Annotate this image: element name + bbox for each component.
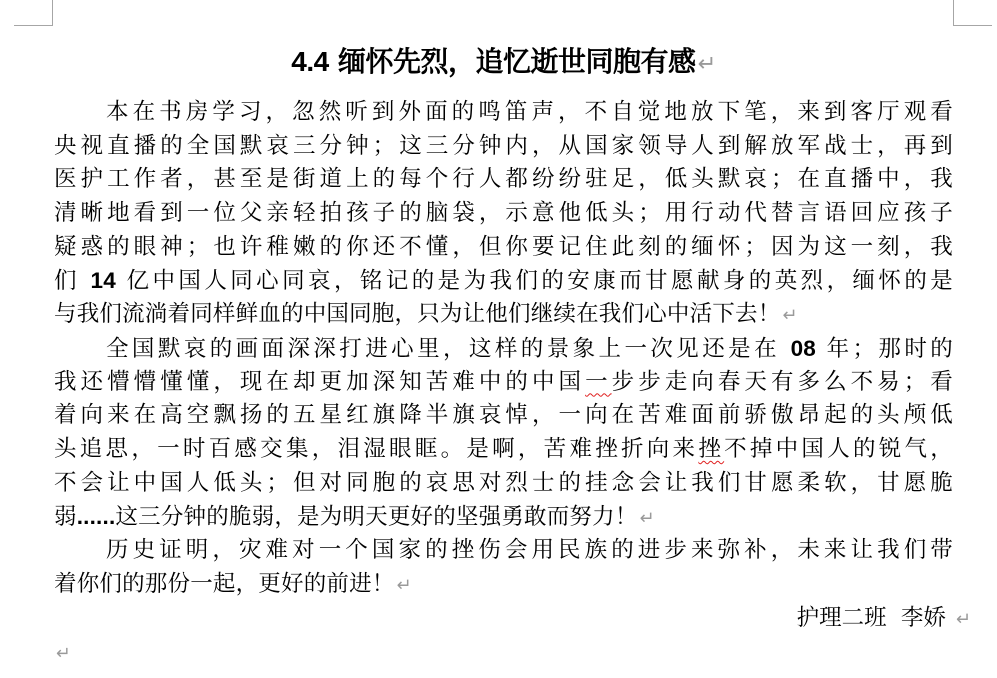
text-run: 这三分钟的脆弱，是为明天更好的坚强勇敢而努力！ [115,504,637,530]
text-run: 们 [54,268,91,294]
text-run: 弱 [54,504,77,530]
ellipsis-run: ...... [77,504,116,529]
paragraph-mark-icon: ↵ [697,51,715,77]
paragraph-mark-icon: ↵ [782,305,797,326]
paragraph-1-line-7: 与我们流淌着同样鲜血的中国同胞，只为让他们继续在我们心中活下去！↵ [54,298,953,332]
text-run: 亿中国人同心同哀，铭记的是为我们的安康而甘愿献身的英烈，缅怀的是 [116,268,953,294]
spelling-error-flag[interactable]: 挫 [698,436,724,462]
paragraph-1-line-6: 们 14 亿中国人同心同哀，铭记的是为我们的安康而甘愿献身的英烈，缅怀的是 [54,264,953,298]
paragraph-1-line-2: 央视直播的全国默哀三分钟；这三分钟内，从国家领导人到解放军战士，再到 [54,130,953,164]
text-run: 与我们流淌着同样鲜血的中国同胞，只为让他们继续在我们心中活下去！ [54,301,780,327]
paragraph-2-line-4: 头追思，一时百感交集，泪湿眼眶。是啊，苦难挫折向来挫不掉中国人的锐气， [54,433,953,467]
paragraph-2-line-2: 我还懵懵懂懂，现在却更加深知苦难中的中国一步步走向春天有多么不易；看 [54,366,953,400]
number-run: 08 [791,336,816,361]
paragraph-mark-icon: ↵ [56,644,71,664]
number-run: 14 [91,268,116,293]
paragraph-1-line-4: 清晰地看到一位父亲轻拍孩子的脑袋，示意他低头；用行动代替言语回应孩子 [54,197,953,231]
paragraph-mark-icon: ↵ [640,508,655,529]
paragraph-1-line-1: 本在书房学习，忽然听到外面的鸣笛声，不自觉地放下笔，来到客厅观看 [54,96,953,130]
document-body[interactable]: 本在书房学习，忽然听到外面的鸣笛声，不自觉地放下笔，来到客厅观看 央视直播的全国… [54,96,953,601]
text-run: 着你们的那份一起，更好的前进！ [54,571,395,597]
paragraph-3-line-1: 历史证明，灾难对一个国家的挫伤会用民族的进步来弥补，未来让我们带 [54,534,953,568]
text-run: 头追思，一时百感交集，泪湿眼眶。是啊，苦难挫折向来 [54,436,698,462]
paragraph-mark-icon: ↵ [397,575,412,596]
title-text: 缅怀先烈，追忆逝世同胞有感 [338,45,696,78]
title-number: 4.4 [291,46,328,77]
document-title: 4.4 缅怀先烈，追忆逝世同胞有感↵ [54,44,953,82]
empty-paragraph[interactable]: ↵ [54,638,71,669]
text-run: 全国默哀的画面深深打进心里，这样的景象上一次见还是在 [106,336,791,362]
text-run: 年；那时的 [816,336,953,362]
signature-line: 护理二班 李娇↵ [797,602,971,636]
signature-text: 护理二班 李娇 [797,605,946,631]
text-run: 我还懵懵懂懂，现在却更加深知苦难中的中国 [54,369,585,395]
paragraph-mark-icon: ↵ [956,609,971,630]
page-corner-mark-top-left [14,0,53,26]
text-run: 不掉中国人的锐气， [724,436,953,462]
page-corner-mark-top-right [953,0,992,26]
spelling-error-flag[interactable]: 一 [585,369,612,395]
paragraph-2-line-5: 不会让中国人低头；但对同胞的哀思对烈士的挂念会让我们甘愿柔软，甘愿脆 [54,467,953,501]
paragraph-1-line-3: 医护工作者，甚至是街道上的每个行人都纷纷驻足，低头默哀；在直播中，我 [54,163,953,197]
paragraph-1-line-5: 疑惑的眼神；也许稚嫩的你还不懂，但你要记住此刻的缅怀；因为这一刻，我 [54,231,953,265]
paragraph-2-line-3: 着向来在高空飘扬的五星红旗降半旗哀悼，一向在苦难面前骄傲昂起的头颅低 [54,399,953,433]
paragraph-3-line-2: 着你们的那份一起，更好的前进！↵ [54,568,953,602]
paragraph-2-line-6: 弱......这三分钟的脆弱，是为明天更好的坚强勇敢而努力！↵ [54,500,953,534]
paragraph-2-line-1: 全国默哀的画面深深打进心里，这样的景象上一次见还是在 08 年；那时的 [54,332,953,366]
text-run: 步步走向春天有多么不易；看 [612,369,953,395]
